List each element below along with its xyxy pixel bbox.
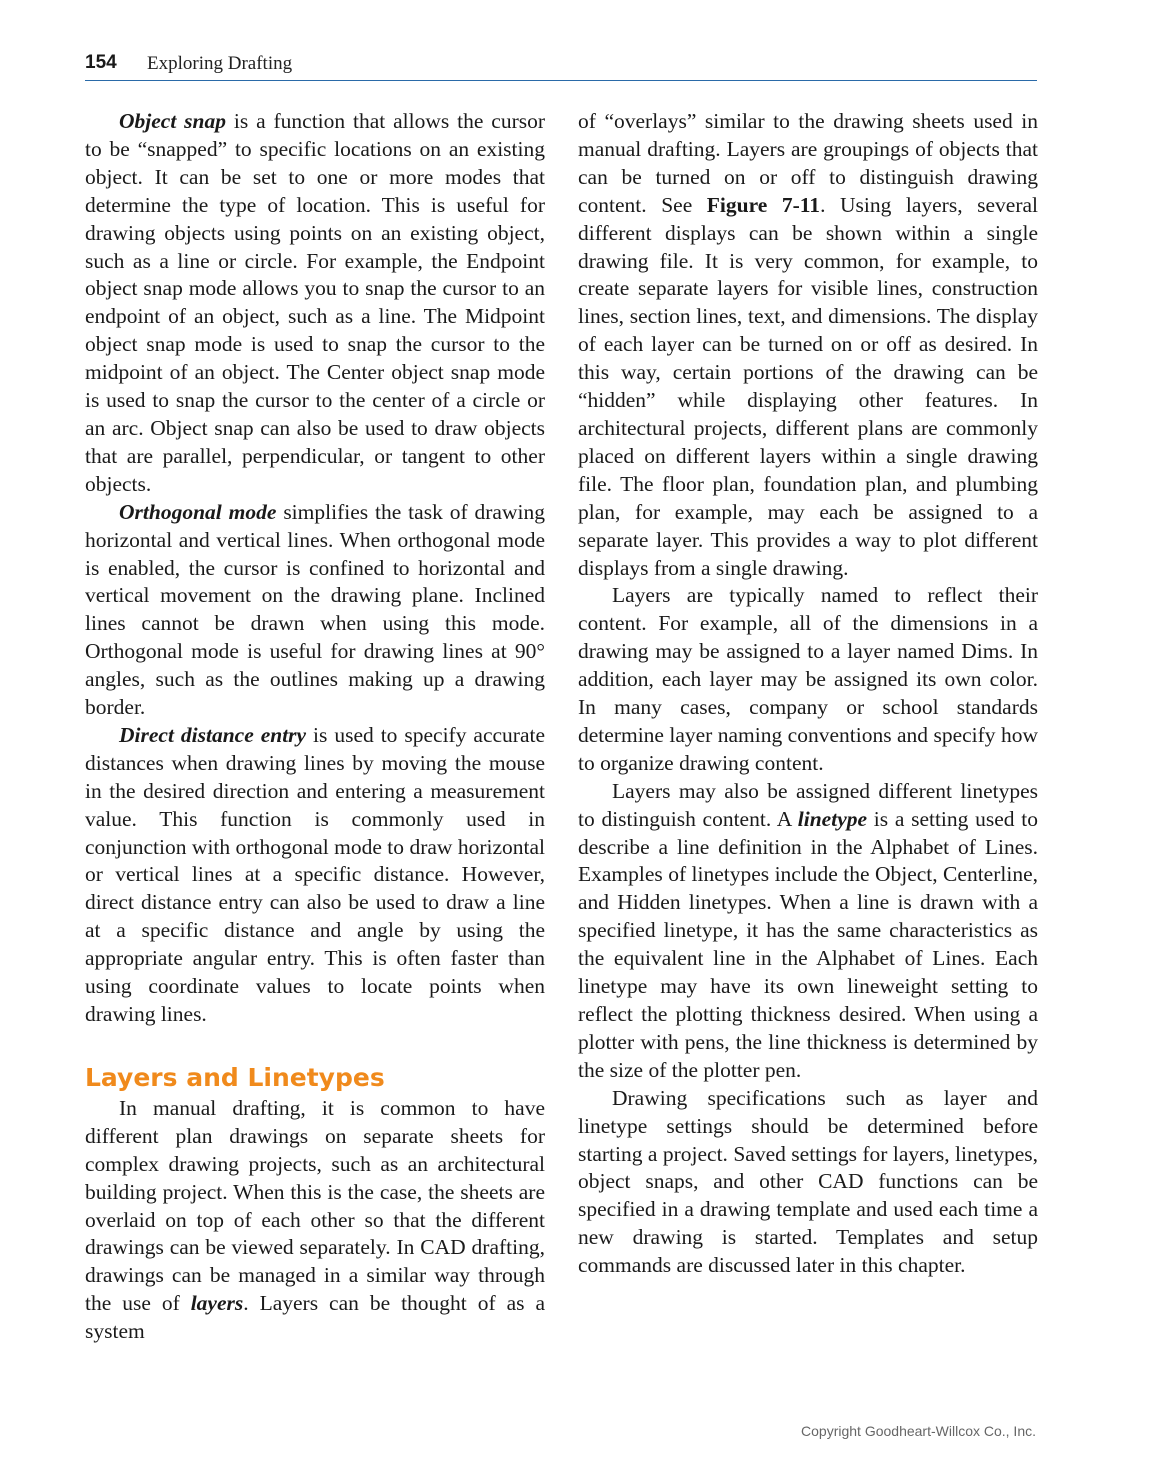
copyright-notice: Copyright Goodheart-Willcox Co., Inc.: [801, 1423, 1036, 1439]
paragraph-linetypes: Layers may also be assigned different li…: [578, 778, 1038, 1085]
paragraph-text: is a function that allows the cursor to …: [85, 109, 545, 496]
left-column: Object snap is a function that allows th…: [85, 108, 545, 1346]
paragraph-text: Layers are typically named to reflect th…: [578, 583, 1038, 774]
section-heading: Layers and Linetypes: [85, 1063, 545, 1093]
paragraph-text: Drawing specifications such as layer and…: [578, 1086, 1038, 1277]
right-column: of “overlays” similar to the drawing she…: [578, 108, 1038, 1280]
paragraph-text: . Using layers, several different displa…: [578, 193, 1038, 580]
page-number: 154: [85, 52, 117, 74]
term-orthogonal-mode: Orthogonal mode: [119, 500, 276, 524]
paragraph-text: is a setting used to describe a line def…: [578, 807, 1038, 1082]
book-title: Exploring Drafting: [147, 53, 292, 75]
paragraph-direct-distance-entry: Direct distance entry is used to specify…: [85, 722, 545, 1029]
paragraph-layers-intro: In manual drafting, it is common to have…: [85, 1095, 545, 1346]
term-linetype: linetype: [798, 807, 867, 831]
paragraph-drawing-specifications: Drawing specifications such as layer and…: [578, 1085, 1038, 1280]
paragraph-text: In manual drafting, it is common to have…: [85, 1096, 545, 1315]
paragraph-text: simplifies the task of drawing horizonta…: [85, 500, 545, 719]
paragraph-text: is used to specify accurate distances wh…: [85, 723, 545, 1026]
paragraph-orthogonal-mode: Orthogonal mode simplifies the task of d…: [85, 499, 545, 722]
running-header: 154 Exploring Drafting: [85, 52, 1037, 81]
term-object-snap: Object snap: [119, 109, 226, 133]
paragraph-layer-naming: Layers are typically named to reflect th…: [578, 582, 1038, 777]
paragraph-object-snap: Object snap is a function that allows th…: [85, 108, 545, 499]
term-direct-distance-entry: Direct distance entry: [119, 723, 306, 747]
figure-reference: Figure 7-11: [707, 193, 820, 217]
paragraph-layers-continued: of “overlays” similar to the drawing she…: [578, 108, 1038, 582]
term-layers: layers: [191, 1291, 244, 1315]
